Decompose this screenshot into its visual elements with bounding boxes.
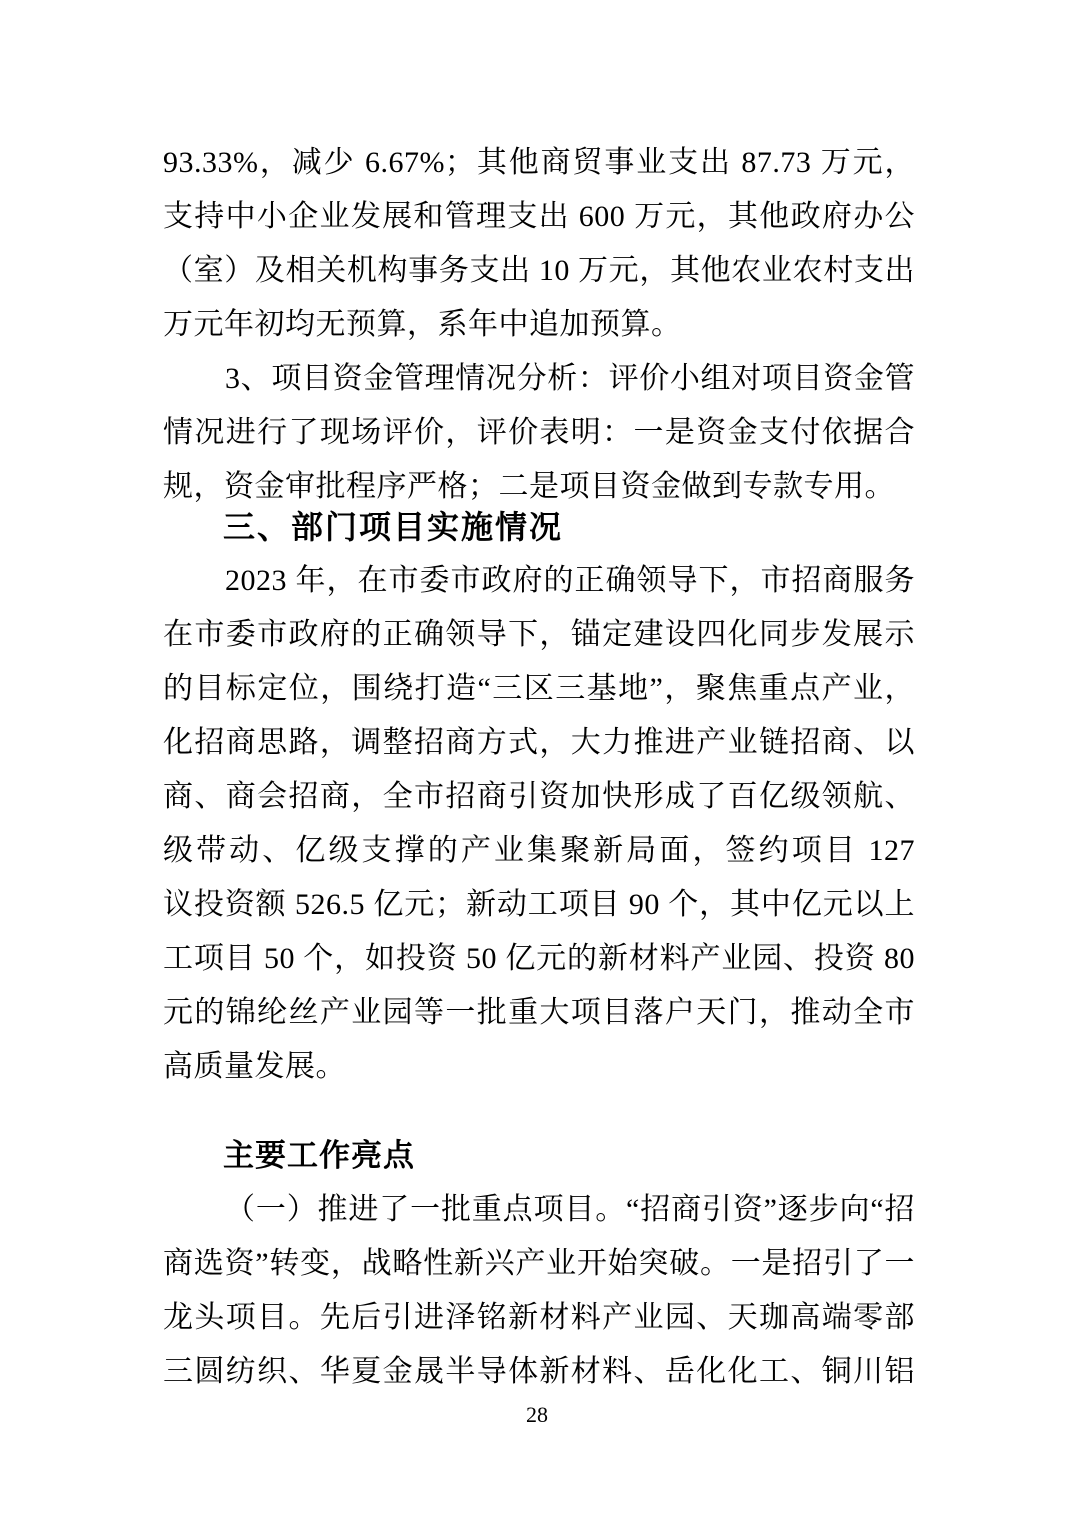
subsection-heading-highlights: 主要工作亮点	[163, 1129, 915, 1183]
text-line: 3、项目资金管理情况分析：评价小组对项目资金管理	[163, 352, 915, 406]
text-line: 商选资”转变，战略性新兴产业开始突破。一是招引了一批	[163, 1237, 915, 1291]
text-line: （室）及相关机构事务支出 10 万元，其他农业农村支出 1	[163, 244, 915, 298]
paragraph-budget-tail: 93.33%，减少 6.67%；其他商贸事业支出 87.73 万元，其他 支持中…	[163, 136, 915, 352]
text-line: 三圆纺织、华夏金晟半导体新材料、岳化化工、铜川铝业、	[163, 1345, 915, 1399]
text-line: 93.33%，减少 6.67%；其他商贸事业支出 87.73 万元，其他	[163, 136, 915, 190]
text-line: 工项目 50 个，如投资 50 亿元的新材料产业园、投资 80 亿	[163, 932, 915, 986]
document-page: 93.33%，减少 6.67%；其他商贸事业支出 87.73 万元，其他 支持中…	[0, 0, 1074, 1520]
text-line: 高质量发展。	[163, 1040, 915, 1094]
page-number: 28	[0, 1400, 1074, 1430]
text-line: 商、商会招商，全市招商引资加快形成了百亿级领航、十亿	[163, 770, 915, 824]
paragraph-key-projects: （一）推进了一批重点项目。“招商引资”逐步向“招 商选资”转变，战略性新兴产业开…	[163, 1183, 915, 1399]
text-line: 议投资额 526.5 亿元；新动工项目 90 个，其中亿元以上动	[163, 878, 915, 932]
text-line: 情况进行了现场评价，评价表明：一是资金支付依据合法合	[163, 406, 915, 460]
text-line: 在市委市政府的正确领导下，锚定建设四化同步发展示范区	[163, 608, 915, 662]
text-line: 2023 年，在市委市政府的正确领导下，市招商服务中心	[163, 554, 915, 608]
text-line: 万元年初均无预算，系年中追加预算。	[163, 298, 915, 352]
text-line: 化招商思路，调整招商方式，大力推进产业链招商、以商招	[163, 716, 915, 770]
text-line: 龙头项目。先后引进泽铭新材料产业园、天珈高端零部件、	[163, 1291, 915, 1345]
text-line: 级带动、亿级支撑的产业集聚新局面，签约项目 127 个、协	[163, 824, 915, 878]
text-line: 的目标定位，围绕打造“三区三基地”，聚焦重点产业，优	[163, 662, 915, 716]
paragraph-fund-management: 3、项目资金管理情况分析：评价小组对项目资金管理 情况进行了现场评价，评价表明：…	[163, 352, 915, 514]
text-line: 支持中小企业发展和管理支出 600 万元，其他政府办公厅	[163, 190, 915, 244]
paragraph-2023-overview: 2023 年，在市委市政府的正确领导下，市招商服务中心 在市委市政府的正确领导下…	[163, 554, 915, 1094]
text-line: （一）推进了一批重点项目。“招商引资”逐步向“招	[163, 1183, 915, 1237]
page-body: 93.33%，减少 6.67%；其他商贸事业支出 87.73 万元，其他 支持中…	[163, 136, 915, 1399]
text-line: 元的锦纶丝产业园等一批重大项目落户天门，推动全市经济	[163, 986, 915, 1040]
